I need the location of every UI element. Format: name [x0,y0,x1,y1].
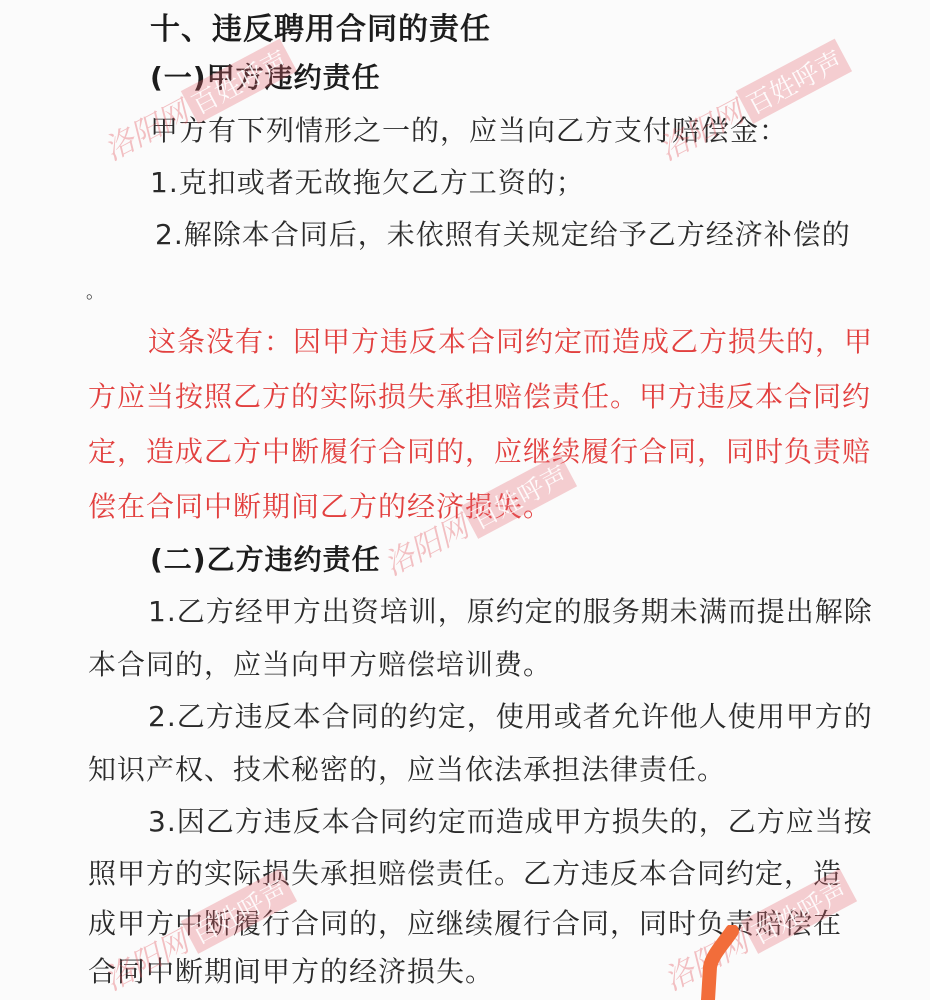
annotation-line-4: 偿在合同中断期间乙方的经济损失。 [88,489,552,525]
party-b-heading: (二)乙方违约责任 [150,542,381,578]
party-a-heading: (一)甲方违约责任 [150,60,381,96]
annotation-line-2: 方应当按照乙方的实际损失承担赔偿责任。甲方违反本合同约 [88,379,871,415]
party-b-line-5: 3.因乙方违反本合同约定而造成甲方损失的，乙方应当按 [148,804,873,840]
party-b-line-2: 本合同的，应当向甲方赔偿培训费。 [88,647,552,683]
party-b-line-8: 合同中断期间甲方的经济损失。 [88,954,494,990]
party-b-line-3: 2.乙方违反本合同的约定，使用或者允许他人使用甲方的 [148,699,873,735]
party-a-item-2-period: 。 [86,275,105,311]
party-b-line-7: 成甲方中断履行合同的，应继续履行合同，同时负责赔偿在 [88,906,842,942]
party-a-item-1: 1.克扣或者无故拖欠乙方工资的； [150,165,585,201]
party-a-item-2: 2.解除本合同后，未依照有关规定给予乙方经济补偿的 [155,217,851,253]
party-b-line-1: 1.乙方经甲方出资培训，原约定的服务期未满而提出解除 [148,594,873,630]
party-b-line-6: 照甲方的实际损失承担赔偿责任。乙方违反本合同约定，造 [88,856,842,892]
watermark-box-text: 百姓呼声 [736,39,852,124]
section-title: 十、违反聘用合同的责任 [150,12,491,48]
party-a-intro: 甲方有下列情形之一的，应当向乙方支付赔偿金： [150,113,788,149]
party-b-line-4: 知识产权、技术秘密的，应当依法承担法律责任。 [88,752,726,788]
annotation-line-1: 这条没有：因甲方违反本合同约定而造成乙方损失的，甲 [148,324,873,360]
annotation-line-3: 定，造成乙方中断履行合同的，应继续履行合同，同时负责赔 [88,434,871,470]
